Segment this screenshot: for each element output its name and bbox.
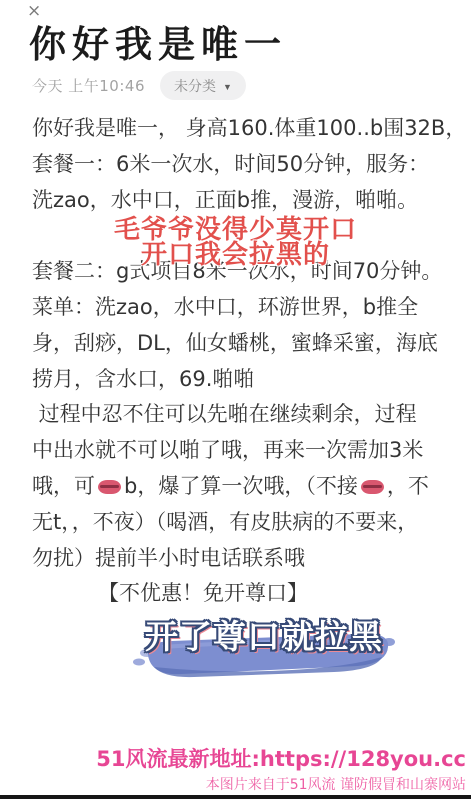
body-line: 哦，可b，爆了算一次哦，（不接，不: [32, 469, 471, 505]
meta-row: 今天 上午10:46 未分类 ▼: [32, 71, 246, 100]
note-body: 你好我是唯一， 身高160.体重100..b围32B， 套餐一：6米一次水，时间…: [32, 111, 471, 612]
body-line: 【不优惠！免开尊口】: [32, 576, 471, 612]
sticker-text: 开了尊口就拉黑: [132, 611, 396, 658]
body-line: 捞月，含水口，69.啪啪: [32, 362, 471, 398]
body-line: 你好我是唯一， 身高160.体重100..b围32B，: [32, 111, 471, 147]
lips-icon: [98, 480, 121, 494]
watermark-footer: 51风流最新地址:https://128you.cc 本图片来自于51风流 谨防…: [96, 745, 466, 795]
body-line: 套餐一：6米一次水，时间50分钟，服务：: [32, 147, 471, 183]
body-line: 中出水就不可以啪了哦，再来一次需加3米: [32, 433, 471, 469]
note-page: × 你好我是唯一 今天 上午10:46 未分类 ▼ 你好我是唯一， 身高160.…: [0, 0, 471, 800]
body-line: 无t，，不夜）（喝酒，有皮肤病的不要来，: [32, 505, 471, 541]
page-title: 你好我是唯一: [29, 14, 287, 68]
timestamp: 今天 上午10:46: [32, 75, 145, 96]
body-line: 菜单：洗zao，水中口，环游世界，b推全: [32, 290, 471, 326]
blue-brush-sticker: 开了尊口就拉黑 开了尊口就拉黑: [132, 609, 396, 681]
body-line: 勿扰）提前半小时电话联系哦: [32, 541, 471, 577]
body-line: [32, 218, 471, 254]
body-line: 过程中忍不住可以先啪在继续剩余，过程: [32, 397, 471, 433]
body-line: 身，刮痧，DL，仙女蟠桃，蜜蜂采蜜，海底: [32, 326, 471, 362]
chevron-down-icon: ▼: [223, 82, 232, 92]
body-line: 套餐二：g式项目8米一次水，时间70分钟。: [32, 254, 471, 290]
category-dropdown[interactable]: 未分类 ▼: [160, 71, 246, 100]
category-label: 未分类: [174, 76, 216, 96]
body-line: 洗zao，水中口，正面b推，漫游，啪啪。: [32, 183, 471, 219]
watermark-url: 51风流最新地址:https://128you.cc: [96, 745, 466, 773]
bottom-divider: [0, 795, 471, 799]
watermark-disclaimer: 本图片来自于51风流 谨防假冒和山寨网站: [96, 775, 466, 795]
lips-icon: [361, 480, 384, 494]
